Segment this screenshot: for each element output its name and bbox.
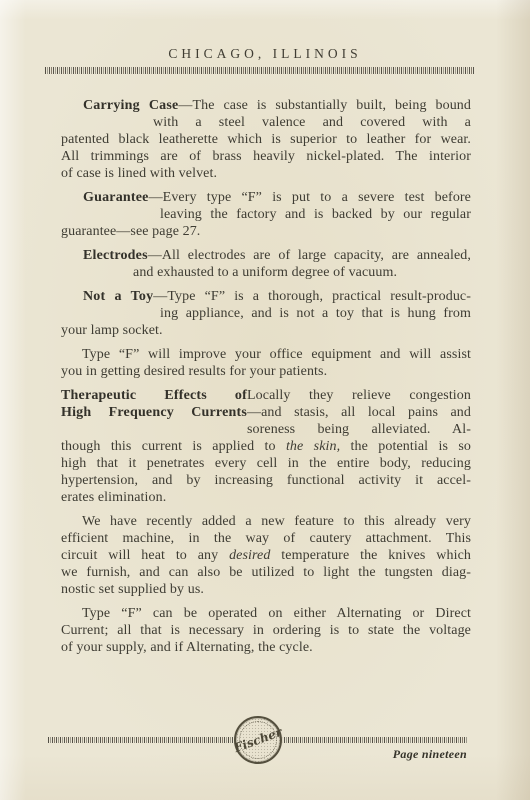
text-run: —The case is substantially built, being … [178,98,471,113]
text-run: your lamp socket. [61,323,163,338]
text-line: soreness being alleviated. Al- [61,421,471,438]
text-line: circuit will heat to any desired tempera… [61,547,471,564]
text-run: temperature the knives which [270,548,471,563]
text-line: though this current is applied to the sk… [61,438,471,455]
paragraph: We have recently added a new feature to … [61,513,471,598]
paragraph: Type “F” will improve your office equipm… [61,346,471,380]
text-run: Type “F” can be operated on either Alter… [82,606,471,621]
text-line: your lamp socket. [61,322,471,339]
text-line: you in getting desired results for your … [61,363,471,380]
text-run: and exhausted to a uniform degree of vac… [133,265,397,280]
text-line: Not a Toy—Type “F” is a thorough, practi… [61,288,471,305]
text-run: you in getting desired results for your … [61,364,327,379]
text-line: with a steel valence and covered with a [61,114,471,131]
text-run: soreness being alleviated. Al- [247,422,471,437]
text-run: —Every type “F” is put to a severe test … [149,190,471,205]
page-body-text: Carrying Case—The case is substantially … [61,97,471,663]
text-run: erates elimination. [61,490,166,505]
text-run: we furnish, and can also be utilized to … [61,565,471,580]
text-line: High Frequency Currents—and stasis, all … [61,404,471,421]
text-line: and exhausted to a uniform degree of vac… [61,264,471,281]
section-heading: Carrying Case [83,98,178,113]
text-line: We have recently added a new feature to … [61,513,471,530]
text-run: —Type “F” is a thorough, practical resul… [153,289,471,304]
text-run: nostic set supplied by us. [61,582,204,597]
text-line: Electrodes—All electrodes are of large c… [61,247,471,264]
text-line: nostic set supplied by us. [61,581,471,598]
text-run: guarantee—see page 27. [61,224,200,239]
text-line: patented black leatherette which is supe… [61,131,471,148]
section-heading: High Frequency Currents [61,404,247,421]
text-run: —and stasis, all local pains and [247,405,471,420]
paragraph: Electrodes—All electrodes are of large c… [61,247,471,281]
paragraph: Guarantee—Every type “F” is put to a sev… [61,189,471,240]
text-run: ing appliance, and is not a toy that is … [160,306,471,321]
fischer-logo-text: Fischer [229,712,285,768]
text-line: Type “F” will improve your office equipm… [61,346,471,363]
text-line: Type “F” can be operated on either Alter… [61,605,471,622]
running-header: CHICAGO, ILLINOIS [0,46,530,62]
section-heading: Not a Toy [83,289,153,304]
text-run: the skin, [286,439,340,454]
text-line: of your supply, and if Alternating, the … [61,639,471,656]
text-run: We have recently added a new feature to … [82,514,471,529]
section-heading: Therapeutic Effects of [61,387,247,404]
top-decorative-rule [45,67,475,74]
text-run: though this current is applied to [61,439,286,454]
text-line: Therapeutic Effects ofLocally they relie… [61,387,471,404]
fischer-logo-seal: Fischer [234,716,282,764]
text-line: Carrying Case—The case is substantially … [61,97,471,114]
text-run: with a steel valence and covered with a [153,115,471,130]
text-run: of your supply, and if Alternating, the … [61,640,313,655]
text-run: patented black leatherette which is supe… [61,132,471,147]
text-run: efficient machine, in the way of cautery… [61,531,471,546]
text-run: circuit will heat to any [61,548,229,563]
text-run: —All electrodes are of large capacity, a… [148,248,471,263]
text-line: ing appliance, and is not a toy that is … [61,305,471,322]
text-run: leaving the factory and is backed by our… [160,207,471,222]
text-run: Locally they relieve congestion [247,388,471,403]
section-heading: Electrodes [83,248,148,263]
text-line: Guarantee—Every type “F” is put to a sev… [61,189,471,206]
text-line: efficient machine, in the way of cautery… [61,530,471,547]
text-line: hypertension, and by increasing function… [61,472,471,489]
text-line: erates elimination. [61,489,471,506]
paragraph: Type “F” can be operated on either Alter… [61,605,471,656]
text-line: of case is lined with velvet. [61,165,471,182]
bottom-decorative-rule: Fischer [48,737,467,743]
section-heading: Guarantee [83,190,149,205]
text-run: Type “F” will improve your office equipm… [82,347,471,362]
text-line: leaving the factory and is backed by our… [61,206,471,223]
paragraph: Not a Toy—Type “F” is a thorough, practi… [61,288,471,339]
text-run: All trimmings are of brass heavily nicke… [61,149,471,164]
paragraph: Therapeutic Effects ofLocally they relie… [61,387,471,506]
text-run: of case is lined with velvet. [61,166,217,181]
text-run: desired [229,548,270,563]
text-line: high that it penetrates every cell in th… [61,455,471,472]
text-run: Current; all that is necessary in orderi… [61,623,471,638]
text-run: hypertension, and by increasing function… [61,473,471,488]
text-line: we furnish, and can also be utilized to … [61,564,471,581]
text-run: high that it penetrates every cell in th… [61,456,471,471]
text-line: guarantee—see page 27. [61,223,471,240]
text-line: All trimmings are of brass heavily nicke… [61,148,471,165]
paragraph: Carrying Case—The case is substantially … [61,97,471,182]
text-line: Current; all that is necessary in orderi… [61,622,471,639]
scanned-catalog-page: CHICAGO, ILLINOIS Carrying Case—The case… [0,0,530,800]
page-number: Page nineteen [393,747,467,762]
text-run: the potential is so [340,439,471,454]
